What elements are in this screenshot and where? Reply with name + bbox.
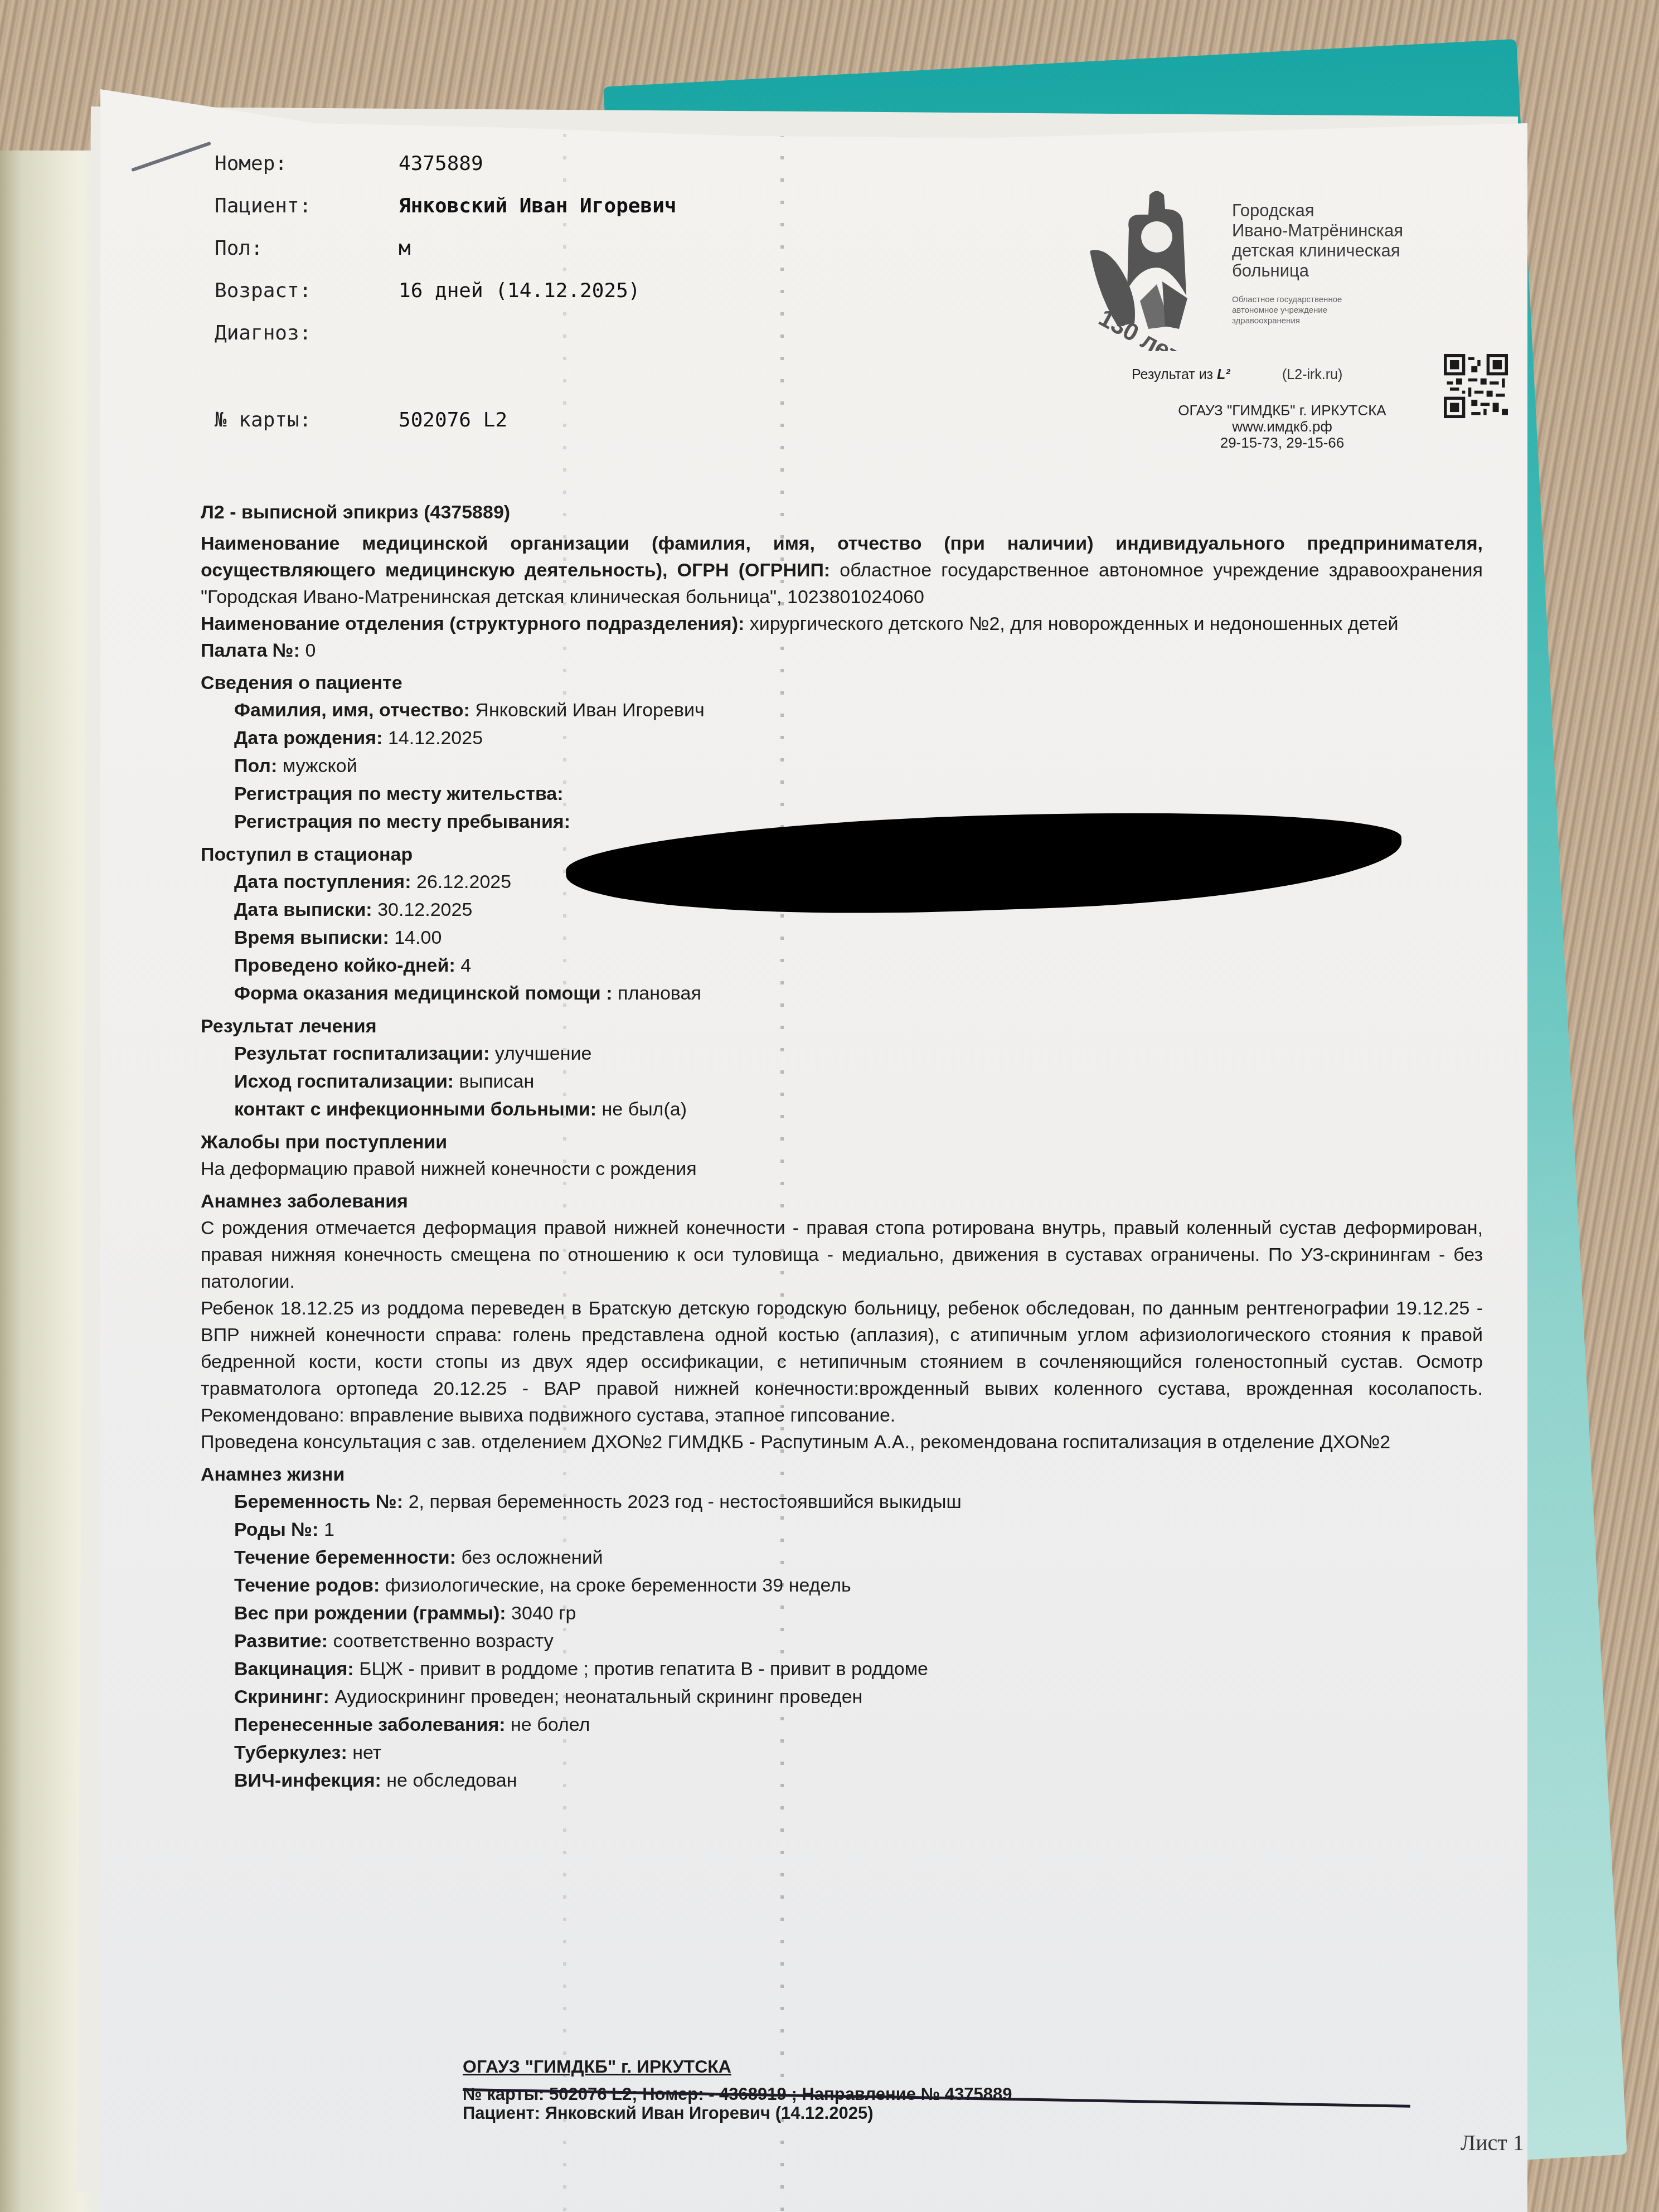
- pencil-mark: [131, 142, 211, 172]
- card-number: 502076 L2: [399, 409, 507, 431]
- hospital-logo-block: 130 лет Городская Ивано-Матрёнинская дет…: [1087, 184, 1522, 418]
- footer-org: ОГАУЗ "ГИМДКБ" г. ИРКУТСКА: [463, 2057, 1012, 2076]
- disease-history-paragraph: С рождения отмечается деформация правой …: [201, 1215, 1483, 1295]
- field-bed-days: Проведено койко-дней: 4: [234, 952, 1483, 979]
- header-row-age: Возраст: 16 дней (14.12.2025): [215, 269, 677, 312]
- footer-patient-info: Пациент: Янковский Иван Игоревич (14.12.…: [463, 2104, 1012, 2123]
- section-heading-life-history: Анамнез жизни: [201, 1461, 1483, 1488]
- field-vaccination: Вакцинация: БЦЖ - привит в роддоме ; про…: [234, 1655, 1483, 1683]
- hospital-hand-logo-icon: 130 лет: [1087, 184, 1226, 351]
- result-source: Результат из L²: [1132, 367, 1230, 383]
- patient-info-fields: Фамилия, имя, отчество: Янковский Иван И…: [201, 696, 1483, 836]
- field-past-illnesses: Перенесенные заболевания: не болел: [234, 1711, 1483, 1739]
- organization-info: Наименование медицинской организации (фа…: [201, 530, 1483, 610]
- header-label: Номер:: [215, 152, 399, 175]
- page-number: Лист 1: [1461, 2129, 1524, 2156]
- field-pregnancy: Беременность №: 2, первая беременность 2…: [234, 1488, 1483, 1516]
- field-hospitalization-result: Результат госпитализации: улучшение: [234, 1040, 1483, 1068]
- document-body: Л2 - выписной эпикриз (4375889) Наименов…: [201, 499, 1483, 1794]
- header-label: № карты:: [215, 409, 399, 431]
- field-development: Развитие: соответственно возрасту: [234, 1627, 1483, 1655]
- hospital-phones: 29-15-73, 29-15-66: [1126, 435, 1438, 451]
- qr-code-icon: [1444, 354, 1508, 418]
- field-birth-date: Дата рождения: 14.12.2025: [234, 724, 1483, 752]
- header-row-diagnosis: Диагноз:: [215, 312, 677, 354]
- header-row-card: № карты: 502076 L2: [215, 399, 677, 441]
- field-discharge-time: Время выписки: 14.00: [234, 924, 1483, 952]
- field-sex: Пол: мужской: [234, 752, 1483, 780]
- treatment-result-fields: Результат госпитализации: улучшение Исхо…: [201, 1040, 1483, 1123]
- result-url: (L2-irk.ru): [1282, 367, 1342, 383]
- field-birth-weight: Вес при рождении (граммы): 3040 гр: [234, 1599, 1483, 1627]
- field-full-name: Фамилия, имя, отчество: Янковский Иван И…: [234, 696, 1483, 724]
- life-history-fields: Беременность №: 2, первая беременность 2…: [201, 1488, 1483, 1794]
- field-hiv: ВИЧ-инфекция: не обследован: [234, 1767, 1483, 1794]
- header-row-sex: Пол: м: [215, 227, 677, 269]
- header-label: Диагноз:: [215, 322, 399, 345]
- field-care-form: Форма оказания медицинской помощи : план…: [234, 979, 1483, 1007]
- hospital-contacts: ОГАУЗ "ГИМДКБ" г. ИРКУТСКА www.имдкб.рф …: [1126, 402, 1438, 451]
- field-births: Роды №: 1: [234, 1516, 1483, 1544]
- header-label: Пол:: [215, 237, 399, 260]
- header-row-number: Номер: 4375889: [215, 142, 677, 185]
- field-pregnancy-course: Течение беременности: без осложнений: [234, 1544, 1483, 1571]
- header-table: Номер: 4375889 Пациент: Янковский Иван И…: [215, 142, 677, 441]
- field-tuberculosis: Туберкулез: нет: [234, 1739, 1483, 1767]
- ward-info: Палата №: 0: [201, 637, 1483, 664]
- hospital-name: Городская Ивано-Матрёнинская детская кли…: [1232, 201, 1403, 281]
- patient-name: Янковский Иван Игоревич: [399, 195, 677, 217]
- department-info: Наименование отделения (структурного под…: [201, 610, 1483, 637]
- request-number: 4375889: [399, 152, 483, 175]
- header-row-patient: Пациент: Янковский Иван Игоревич: [215, 185, 677, 227]
- section-heading-complaints: Жалобы при поступлении: [201, 1129, 1483, 1156]
- disease-history-paragraph: Ребенок 18.12.25 из роддома переведен в …: [201, 1295, 1483, 1429]
- section-heading-result: Результат лечения: [201, 1013, 1483, 1040]
- field-residence: Регистрация по месту жительства:: [234, 780, 1483, 808]
- hospital-legal-form: Областное государственное автономное учр…: [1232, 294, 1342, 326]
- header-label: Возраст:: [215, 279, 399, 302]
- disease-history-paragraph: Проведена консультация с зав. отделением…: [201, 1429, 1483, 1456]
- field-hospitalization-outcome: Исход госпитализации: выписан: [234, 1068, 1483, 1095]
- patient-sex: м: [399, 237, 411, 260]
- section-heading-patient: Сведения о пациенте: [201, 670, 1483, 696]
- patient-age: 16 дней (14.12.2025): [399, 279, 640, 302]
- field-infection-contact: контакт с инфекционными больными: не был…: [234, 1095, 1483, 1123]
- complaints-text: На деформацию правой нижней конечности с…: [201, 1156, 1483, 1182]
- discharge-summary-page: Номер: 4375889 Пациент: Янковский Иван И…: [100, 89, 1527, 2212]
- field-labor-course: Течение родов: физиологические, на сроке…: [234, 1571, 1483, 1599]
- section-heading-disease-history: Анамнез заболевания: [201, 1188, 1483, 1215]
- document-title: Л2 - выписной эпикриз (4375889): [201, 499, 1483, 526]
- hospital-website: www.имдкб.рф: [1126, 419, 1438, 435]
- header-label: Пациент:: [215, 195, 399, 217]
- field-screening: Скрининг: Аудиоскрининг проведен; неонат…: [234, 1683, 1483, 1711]
